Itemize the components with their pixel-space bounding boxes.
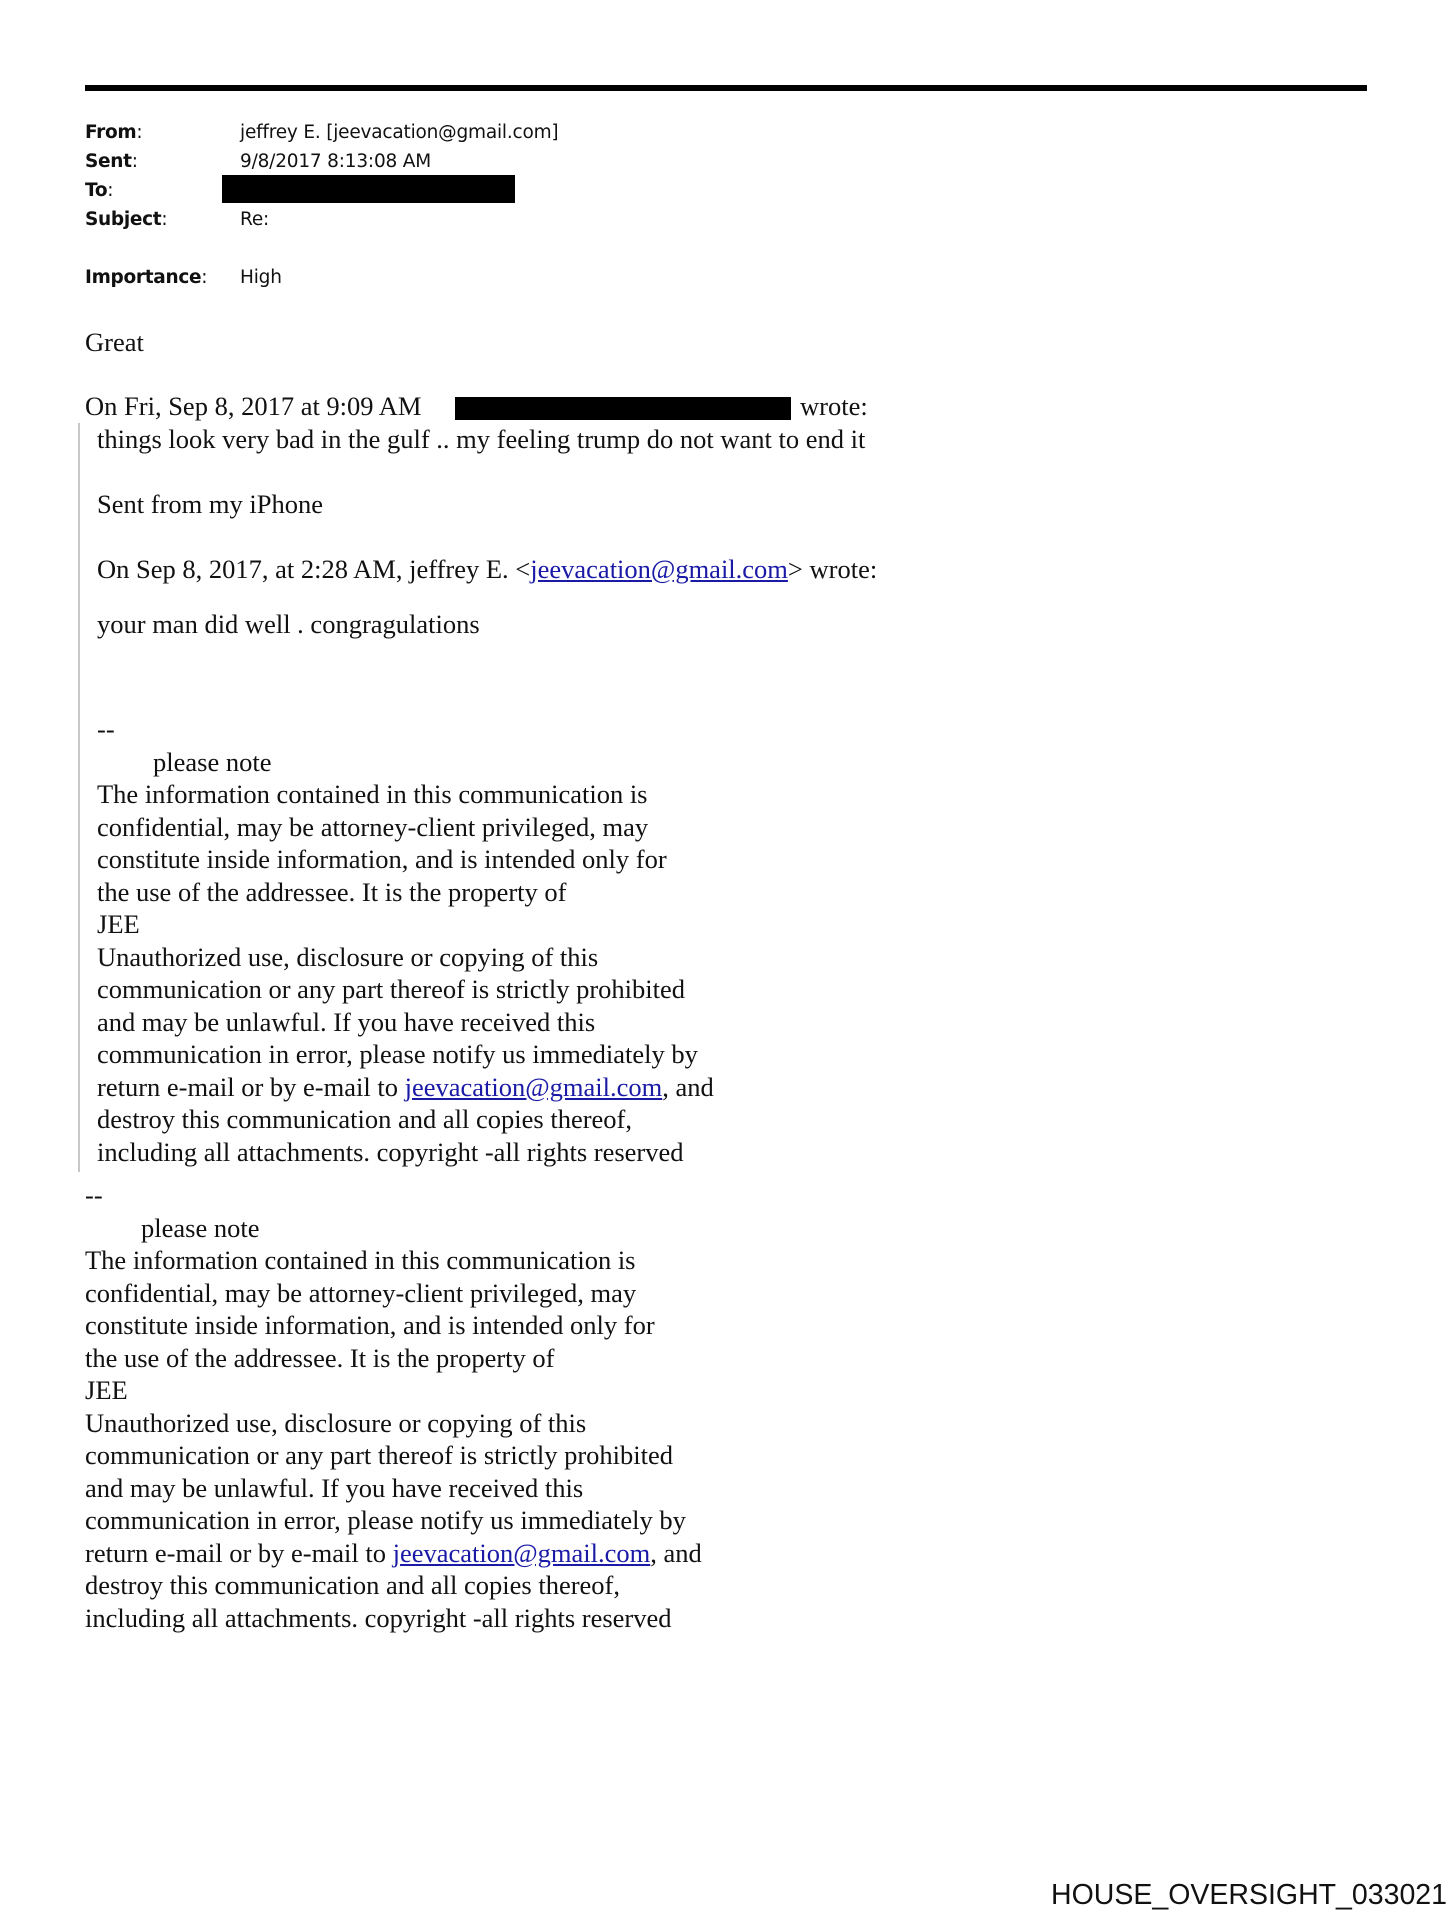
quote2-attribution-suffix: > wrote: [788, 554, 877, 584]
disclaimer-line: The information contained in this commun… [97, 778, 714, 811]
disclaimer-line: JEE [97, 908, 714, 941]
disclaimer-heading: please note [97, 746, 714, 779]
quoted-disclaimer: -- please note The information contained… [97, 713, 714, 1168]
disclaimer-line: and may be unlawful. If you have receive… [97, 1006, 714, 1039]
quote1-attribution-prefix: On Fri, Sep 8, 2017 at 9:09 AM [85, 391, 421, 421]
subject-label: Subject: [85, 210, 167, 230]
disclaimer-line: communication or any part thereof is str… [85, 1439, 702, 1472]
bates-number: HOUSE_OVERSIGHT_033021 [1051, 1879, 1447, 1911]
disclaimer-line: confidential, may be attorney-client pri… [85, 1277, 702, 1310]
reply-text: Great [85, 326, 144, 358]
disclaimer-email-link[interactable]: jeevacation@gmail.com [393, 1538, 651, 1568]
sender-redaction [455, 397, 791, 420]
disclaimer-line: including all attachments. copyright -al… [85, 1602, 702, 1635]
disclaimer-line: constitute inside information, and is in… [85, 1309, 702, 1342]
sent-label: Sent: [85, 152, 138, 172]
top-rule-divider [85, 85, 1367, 91]
disclaimer-line: constitute inside information, and is in… [97, 843, 714, 876]
disclaimer-line: JEE [85, 1374, 702, 1407]
disclaimer-separator: -- [85, 1179, 702, 1212]
disclaimer-line: including all attachments. copyright -al… [97, 1136, 714, 1169]
disclaimer-line: Unauthorized use, disclosure or copying … [97, 941, 714, 974]
quote2-email-link[interactable]: jeevacation@gmail.com [530, 554, 788, 584]
quote2-attribution-prefix: On Sep 8, 2017, at 2:28 AM, jeffrey E. < [97, 554, 530, 584]
disclaimer-line: and may be unlawful. If you have receive… [85, 1472, 702, 1505]
disclaimer-line: confidential, may be attorney-client pri… [97, 811, 714, 844]
disclaimer-return-line: return e-mail or by e-mail to jeevacatio… [97, 1071, 714, 1104]
disclaimer-line: destroy this communication and all copie… [97, 1103, 714, 1136]
quote-bar [78, 423, 80, 1172]
disclaimer-line: communication in error, please notify us… [85, 1504, 702, 1537]
subject-value: Re: [240, 210, 269, 230]
quote2-text: your man did well . congragulations [97, 608, 480, 640]
disclaimer-line: The information contained in this commun… [85, 1244, 702, 1277]
to-redaction [222, 175, 515, 203]
disclaimer-heading: please note [85, 1212, 702, 1245]
disclaimer-separator: -- [97, 713, 714, 746]
disclaimer-line: the use of the addressee. It is the prop… [97, 876, 714, 909]
disclaimer-line: the use of the addressee. It is the prop… [85, 1342, 702, 1375]
sent-value: 9/8/2017 8:13:08 AM [240, 152, 431, 172]
disclaimer-line: communication in error, please notify us… [97, 1038, 714, 1071]
to-label: To: [85, 181, 113, 201]
quote1-text: things look very bad in the gulf .. my f… [97, 423, 865, 455]
from-value: jeffrey E. [jeevacation@gmail.com] [240, 123, 558, 143]
disclaimer-line: destroy this communication and all copie… [85, 1569, 702, 1602]
importance-label: Importance: [85, 268, 207, 288]
quote2-attribution: On Sep 8, 2017, at 2:28 AM, jeffrey E. <… [97, 553, 877, 585]
disclaimer-line: communication or any part thereof is str… [97, 973, 714, 1006]
disclaimer-email-link[interactable]: jeevacation@gmail.com [405, 1072, 663, 1102]
disclaimer-return-line: return e-mail or by e-mail to jeevacatio… [85, 1537, 702, 1570]
disclaimer-line: Unauthorized use, disclosure or copying … [85, 1407, 702, 1440]
quote1-signature: Sent from my iPhone [97, 488, 323, 520]
from-label: From: [85, 123, 142, 143]
quote1-attribution-suffix: wrote: [800, 390, 868, 422]
quote1-attribution: On Fri, Sep 8, 2017 at 9:09 AM [85, 390, 421, 422]
outer-disclaimer: -- please note The information contained… [85, 1179, 702, 1634]
importance-value: High [240, 268, 282, 288]
